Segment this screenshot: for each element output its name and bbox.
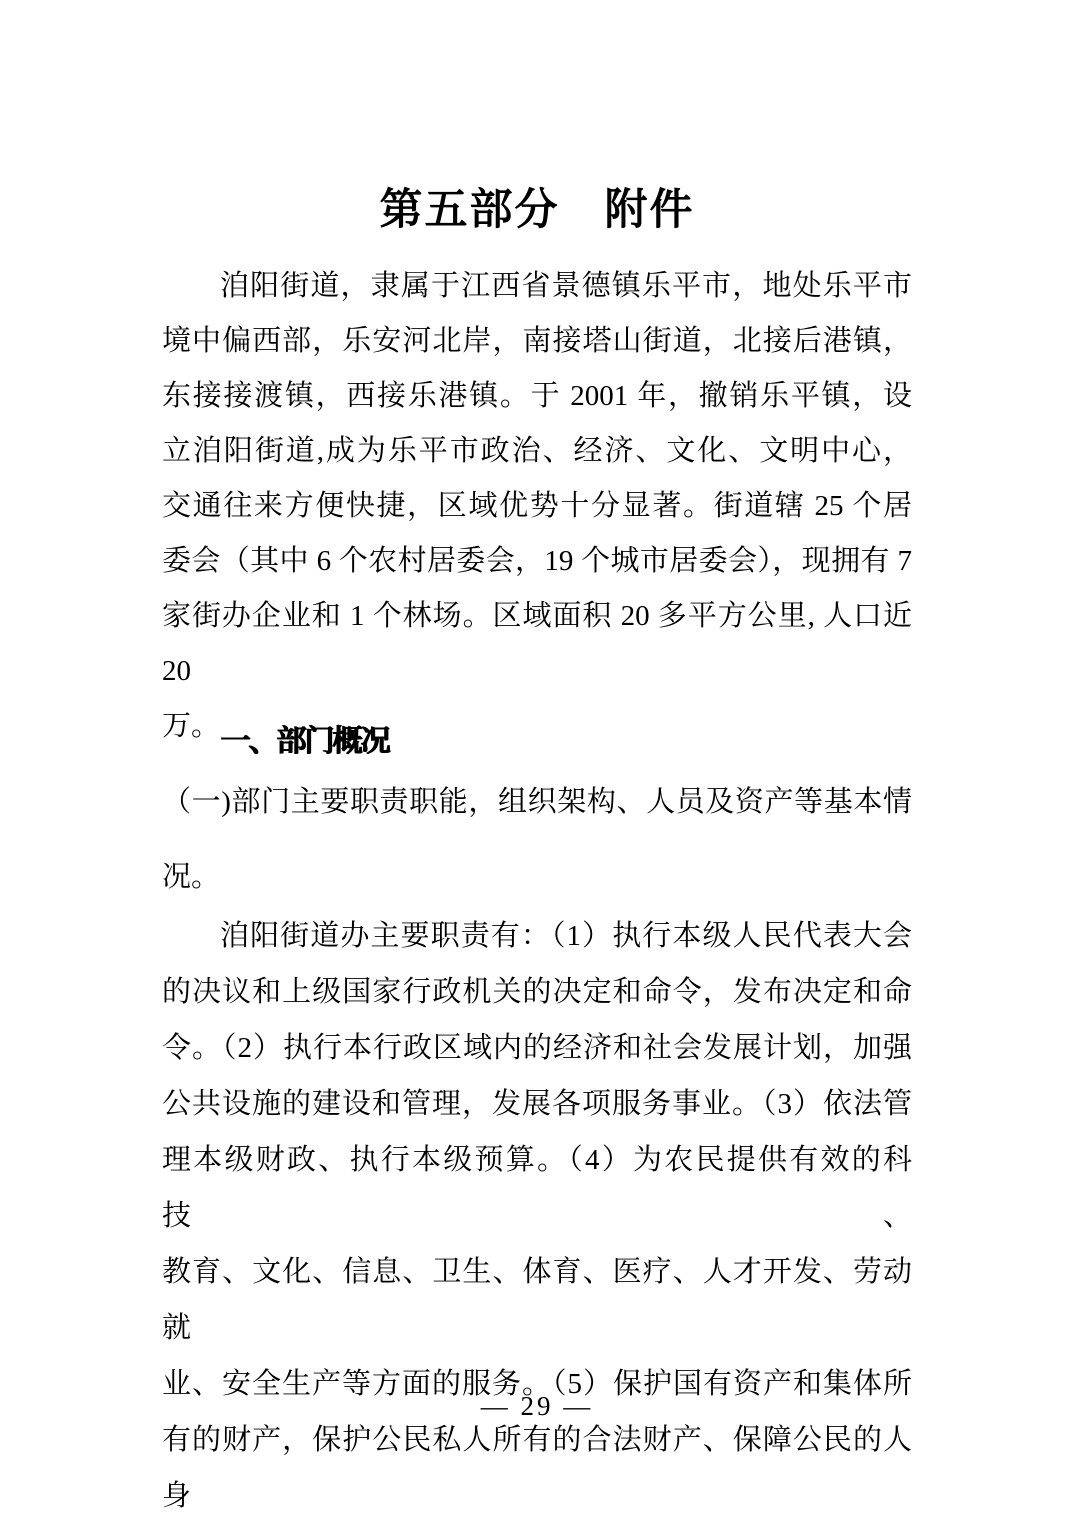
text-line: 况。 xyxy=(162,840,912,915)
text-line: 交通往来方便快捷，区域优势十分显著。街道辖 25 个居 xyxy=(162,479,912,534)
text-line: 境中偏西部，乐安河北岸，南接塔山街道，北接后港镇， xyxy=(162,314,912,369)
text-line: 有的财产，保护公民私人所有的合法财产、保障公民的人身 xyxy=(162,1412,912,1520)
text-line: 的决议和上级国家行政机关的决定和命令，发布决定和命 xyxy=(162,964,912,1020)
document-title: 第五部分 附件 xyxy=(0,186,1074,236)
text-line: 洎阳街道办主要职责有：（1）执行本级人民代表大会 xyxy=(162,908,912,964)
text-line: 家街办企业和 1 个林场。区域面积 20 多平方公里, 人口近 20 xyxy=(162,589,912,699)
duties-paragraph: 洎阳街道办主要职责有：（1）执行本级人民代表大会 的决议和上级国家行政机关的决定… xyxy=(162,908,912,1520)
text-line: 理本级财政、执行本级预算。（4）为农民提供有效的科技、 xyxy=(162,1132,912,1244)
document-page: 第五部分 附件 洎阳街道，隶属于江西省景德镇乐平市，地处乐平市 境中偏西部，乐安… xyxy=(0,0,1074,1520)
text-line: 东接接渡镇，西接乐港镇。于 2001 年，撤销乐平镇，设 xyxy=(162,369,912,424)
text-line: 委会（其中 6 个农村居委会，19 个城市居委会），现拥有 7 xyxy=(162,534,912,589)
text-line: （一)部门主要职责职能，组织架构、人员及资产等基本情 xyxy=(162,765,912,840)
text-line: 公共设施的建设和管理，发展各项服务事业。（3）依法管 xyxy=(162,1076,912,1132)
subsection-title-paragraph: （一)部门主要职责职能，组织架构、人员及资产等基本情 况。 xyxy=(162,765,912,915)
page-number: — 29 — xyxy=(0,1390,1074,1422)
section-heading: 一、部门概况 xyxy=(220,722,388,762)
text-line: 教育、文化、信息、卫生、体育、医疗、人才开发、劳动就 xyxy=(162,1244,912,1356)
text-line: 洎阳街道，隶属于江西省景德镇乐平市，地处乐平市 xyxy=(162,259,912,314)
intro-paragraph: 洎阳街道，隶属于江西省景德镇乐平市，地处乐平市 境中偏西部，乐安河北岸，南接塔山… xyxy=(162,259,912,754)
text-line: 令。（2）执行本行政区域内的经济和社会发展计划，加强 xyxy=(162,1020,912,1076)
text-line: 立洎阳街道,成为乐平市政治、经济、文化、文明中心， xyxy=(162,424,912,479)
